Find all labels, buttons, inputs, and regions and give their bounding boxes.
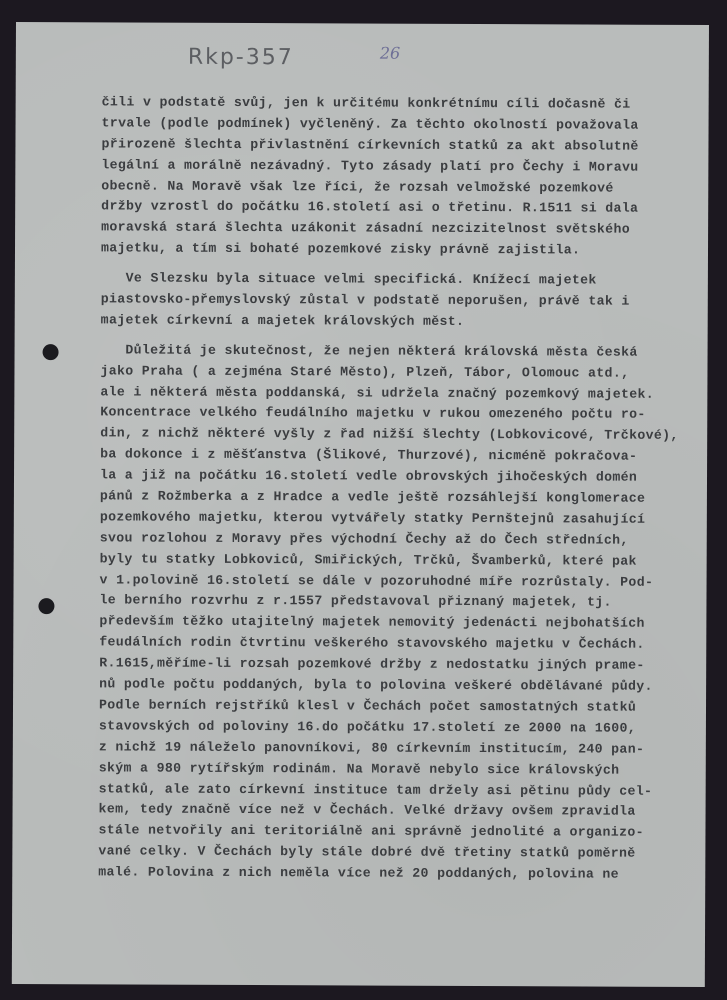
text-line: Důležitá je skutečnost, že nejen některá… <box>101 340 701 364</box>
text-line: piastovsko-přemyslovský zůstal v podstat… <box>101 289 701 313</box>
typewritten-body: čili v podstatě svůj, jen k určitému kon… <box>98 92 701 886</box>
text-line: pozemkového majetku, kterou vytvářely st… <box>100 507 700 531</box>
text-line: Podle berních rejstříků klesl v Čechách … <box>99 695 699 719</box>
punch-hole <box>38 598 54 614</box>
text-line: stavovských od poloviny 16.do počátku 17… <box>99 716 699 740</box>
text-line: ským a 980 rytířským rodinám. Na Moravě … <box>99 758 699 782</box>
text-line: z nichž 19 náleželo panovníkovi, 80 círk… <box>99 737 699 761</box>
text-line: čili v podstatě svůj, jen k určitému kon… <box>102 92 702 116</box>
text-line: ale i některá města poddanská, si udržel… <box>100 382 700 406</box>
text-line: majetku, a tím si bohaté pozemkové zisky… <box>101 239 701 263</box>
text-line: držby vzrostl do počátku 16.století asi … <box>101 197 701 221</box>
text-line: ba dokonce i z měšťanstva (Šlikové, Thur… <box>100 445 700 469</box>
text-line: majetek církevní a majetek královských m… <box>101 310 701 334</box>
text-line: nů podle počtu poddaných, byla to polovi… <box>99 674 699 698</box>
text-line: legální a morálně nezávadný. Tyto zásady… <box>101 155 701 179</box>
text-line: la a již na počátku 16.století vedle obr… <box>100 466 700 490</box>
text-line: jako Praha ( a zejména Staré Město), Plz… <box>100 361 700 385</box>
text-line: Koncentrace velkého feudálního majetku v… <box>100 403 700 427</box>
text-line: svou rozlohou z Moravy přes východní Čec… <box>100 528 700 552</box>
text-line: R.1615,měříme-li rozsah pozemkové držby … <box>99 654 699 678</box>
paragraph: Důležitá je skutečnost, že nejen některá… <box>98 340 700 886</box>
text-line: v 1.polovině 16.století se dále v pozoru… <box>100 570 700 594</box>
text-line: především těžko utajitelný majetek nemov… <box>99 612 699 636</box>
text-line: obecně. Na Moravě však lze říci, že rozs… <box>101 176 701 200</box>
text-line: stále netvořily ani teritoriálně ani spr… <box>98 821 698 845</box>
text-line: trvale (podle podmínek) vyčleněný. Za tě… <box>102 113 702 137</box>
punch-hole <box>43 344 59 360</box>
text-line: din, z nichž některé vyšly z řad nižší š… <box>100 424 700 448</box>
text-line: byly tu statky Lobkoviců, Smiřických, Tr… <box>100 549 700 573</box>
shelfmark-label: Rkp-357 <box>188 45 294 70</box>
paragraph: čili v podstatě svůj, jen k určitému kon… <box>101 92 702 262</box>
text-line: feudálních rodin čtvrtinu veškerého stav… <box>99 633 699 657</box>
text-line: pánů z Rožmberka a z Hradce a vedle ješt… <box>100 486 700 510</box>
text-line: kem, tedy značně více než v Čechách. Vel… <box>99 800 699 824</box>
text-line: vané celky. V Čechách byly stále dobré d… <box>98 842 698 866</box>
document-page: Rkp-357 26 čili v podstatě svůj, jen k u… <box>12 22 709 987</box>
text-line: statků, ale zato církevní instituce tam … <box>99 779 699 803</box>
text-line: moravská stará šlechta uzákonit zásadní … <box>101 218 701 242</box>
text-line: Ve Slezsku byla situace velmi specifická… <box>101 268 701 292</box>
paragraph: Ve Slezsku byla situace velmi specifická… <box>101 268 701 333</box>
text-line: malé. Polovina z nich neměla více než 20… <box>98 862 698 886</box>
page-number: 26 <box>380 44 400 63</box>
text-line: přirozeně šlechta přivlastnění církevníc… <box>101 134 701 158</box>
text-line: le berního rozvrhu z r.1557 představoval… <box>99 591 699 615</box>
